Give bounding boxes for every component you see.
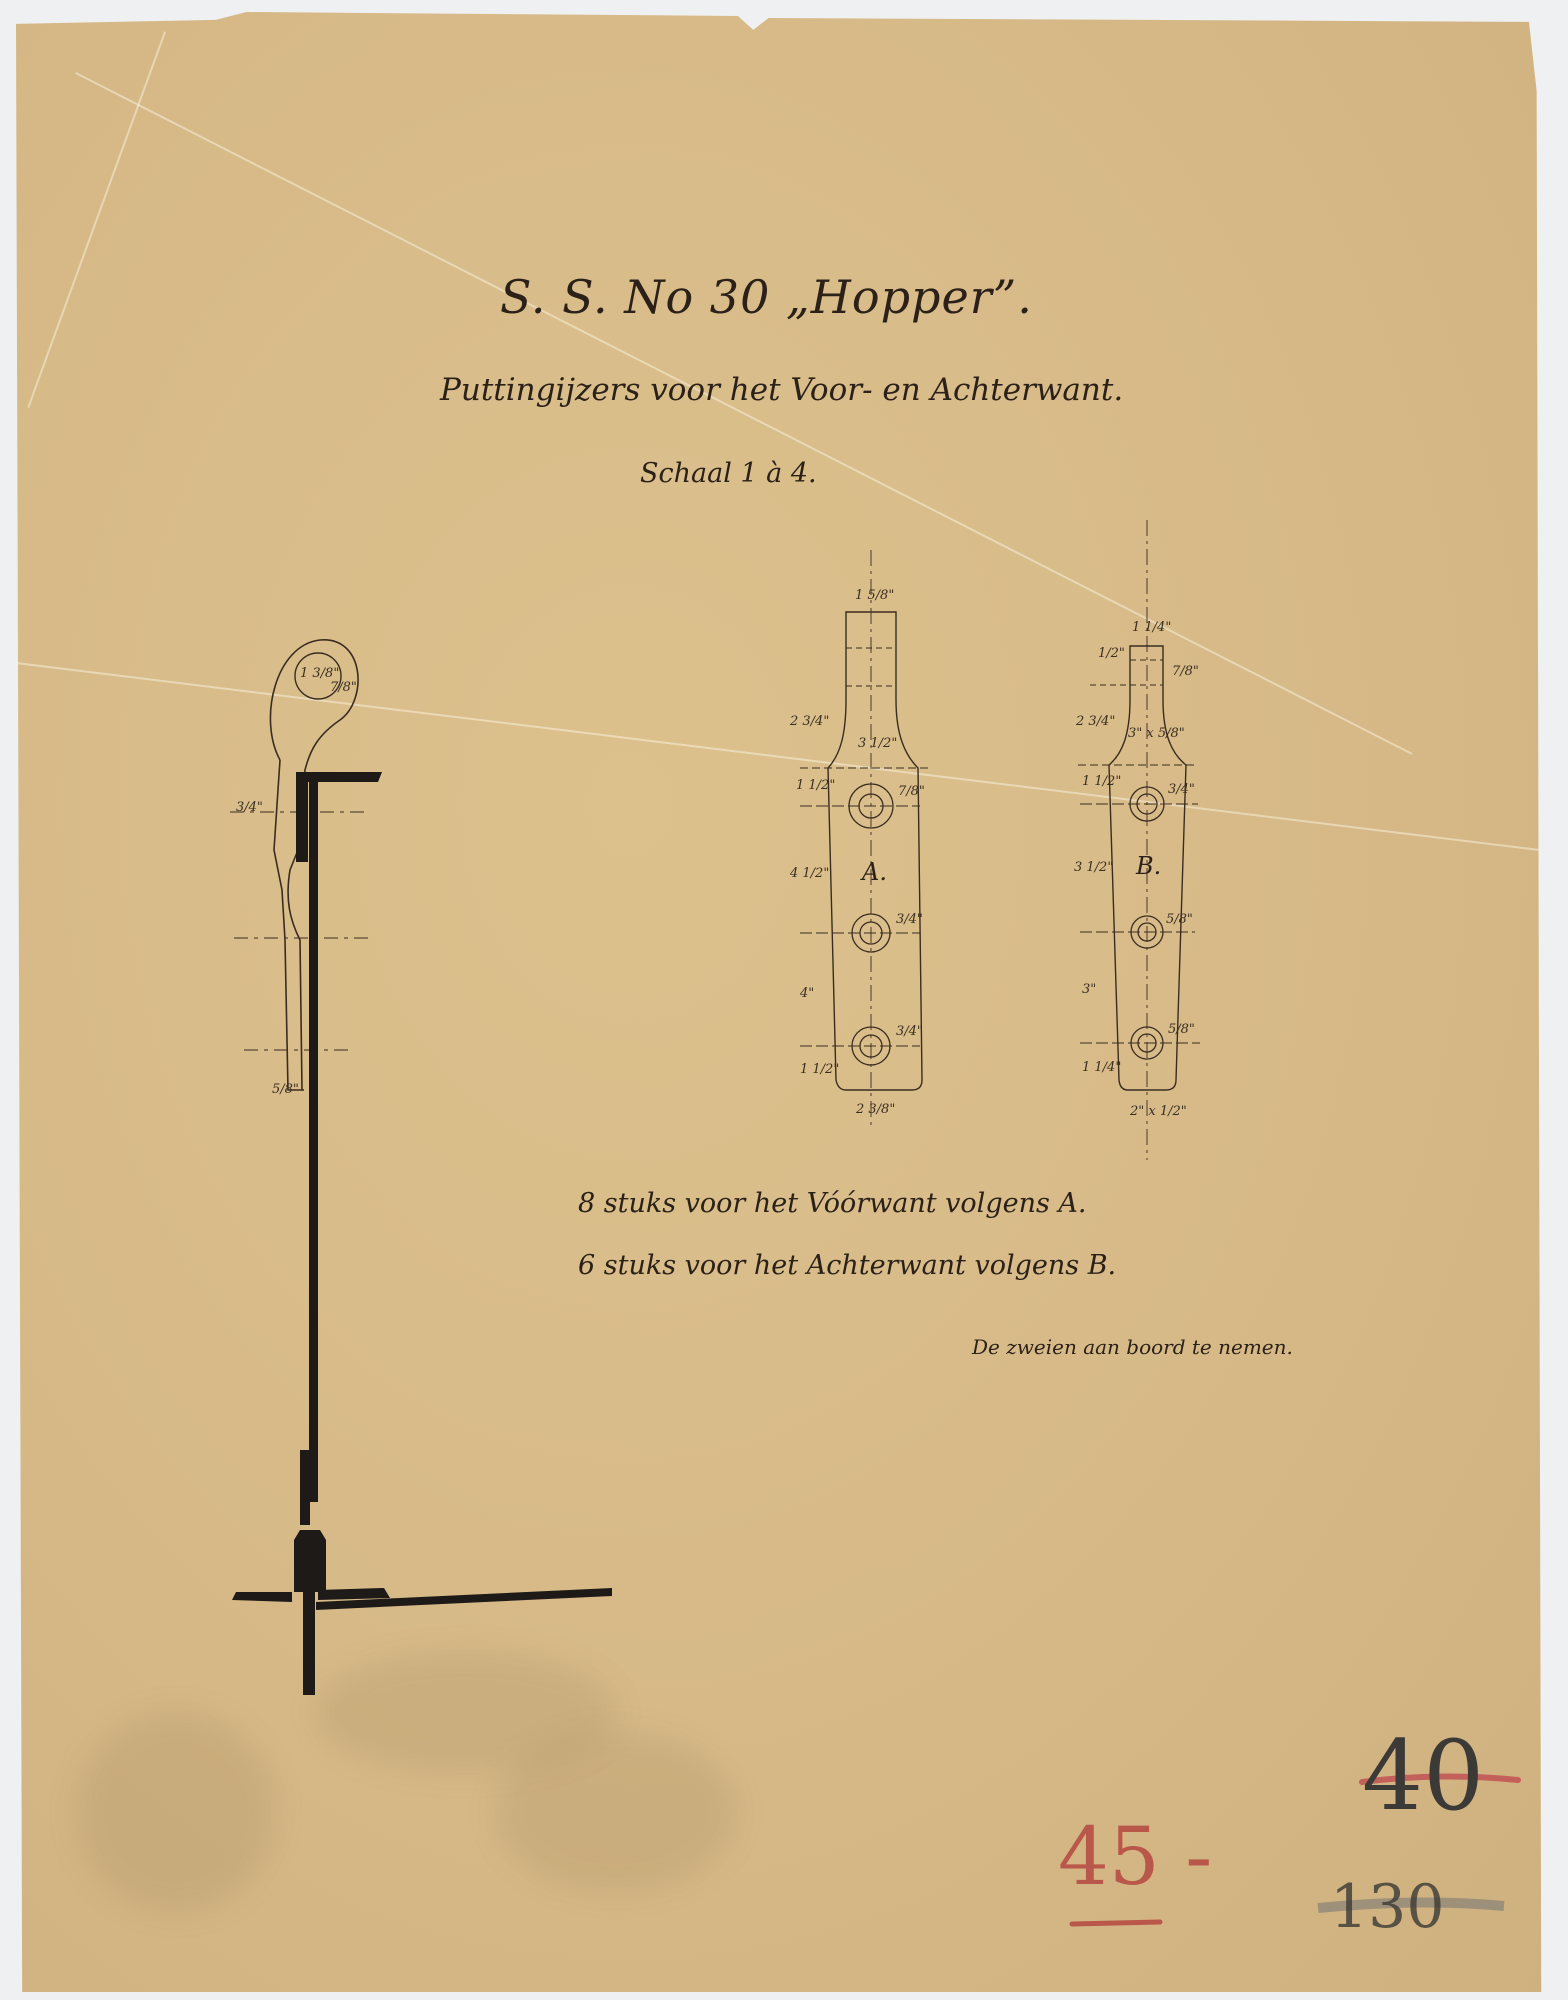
red-crayon-number: 45 - [1058, 1810, 1212, 1903]
part-a-label: A. [862, 858, 887, 886]
part-a-fillet: 3 1/2" [858, 736, 897, 751]
part-b-first-offset: 1 1/2" [1082, 774, 1121, 789]
part-a-bottom-width: 2 3/8" [856, 1102, 895, 1117]
part-a-top-width: 1 5/8" [855, 588, 894, 603]
part-a-first-offset: 1 1/2" [796, 778, 835, 793]
side-eye-inner: 1 3/8" [300, 666, 339, 681]
part-a-neck-height: 2 3/4" [790, 714, 829, 729]
part-b-fillet: 3" x 5/8" [1128, 726, 1185, 741]
part-a-bottom-offset: 1 1/2" [800, 1062, 839, 1077]
part-a-spacing-1: 4 1/2" [790, 866, 829, 881]
pencil-number-struck: 130 [1330, 1872, 1445, 1942]
side-eye-ring: 7/8" [330, 680, 357, 695]
part-b-band-2: 7/8" [1172, 664, 1199, 679]
part-b-hole-3: 5/8" [1168, 1022, 1195, 1037]
part-a-hole-3: 3/4" [896, 1024, 923, 1039]
pencil-number-top: 40 [1362, 1720, 1484, 1832]
side-thickness-bottom: 5/8" [272, 1082, 299, 1097]
part-b-top-band: 1/2" [1098, 646, 1125, 661]
part-b-neck-height: 2 3/4" [1076, 714, 1115, 729]
part-b-hole-2: 5/8" [1166, 912, 1193, 927]
part-b-bottom-width: 2" x 1/2" [1130, 1104, 1187, 1119]
side-elevation-drawing [230, 640, 374, 1090]
side-thickness-top: 3/4" [236, 800, 263, 815]
part-a-drawing [800, 550, 932, 1130]
part-a-hole-1: 7/8" [898, 784, 925, 799]
part-b-bottom-offset: 1 1/4" [1082, 1060, 1121, 1075]
part-a-spacing-2: 4" [800, 986, 814, 1001]
part-b-hole-1: 3/4" [1168, 782, 1195, 797]
part-b-spacing-2: 3" [1082, 982, 1096, 997]
part-b-top-width: 1 1/4" [1132, 620, 1171, 635]
part-b-label: B. [1136, 852, 1161, 880]
technical-drawings [0, 0, 1568, 2000]
part-b-spacing-1: 3 1/2" [1074, 860, 1113, 875]
part-a-hole-2: 3/4" [896, 912, 923, 927]
